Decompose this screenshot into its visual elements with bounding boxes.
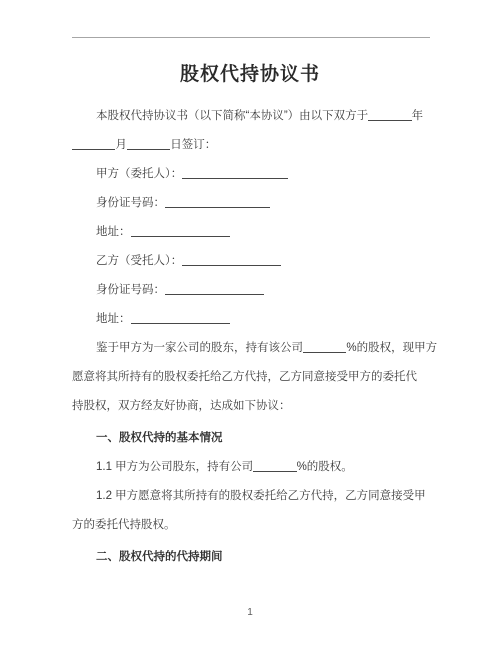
fill-in-blank: [131, 313, 230, 324]
document-title: 股权代持协议书: [0, 61, 500, 89]
fill-in-blank: [127, 139, 170, 150]
paragraph: 身份证号码：: [72, 189, 430, 218]
text-line: 一、股权代持的基本情况: [72, 424, 430, 453]
paragraph: 地址：: [72, 218, 430, 247]
section-heading: 二、股权代持的代持期间: [72, 543, 430, 572]
text-line: 地址：: [72, 218, 430, 247]
paragraph: 身份证号码：: [72, 276, 430, 305]
paragraph: 乙方（受托人）：: [72, 247, 430, 276]
text-line: 月日签订：: [72, 131, 430, 160]
fill-in-blank: [182, 168, 287, 179]
paragraph: 鉴于甲方为一家公司的股东，持有该公司%的股权，现甲方愿意将其所持有的股权委托给乙…: [72, 334, 430, 421]
fill-in-blank: [303, 342, 346, 353]
page-number: 1: [0, 605, 500, 621]
paragraph: 甲方（委托人）：: [72, 160, 430, 189]
text-line: 乙方（受托人）：: [72, 247, 430, 276]
paragraph: 1.2 甲方愿意将其所持有的股权委托给乙方代持，乙方同意接受甲方的委托代持股权。: [72, 482, 430, 540]
text-line: 1.2 甲方愿意将其所持有的股权委托给乙方代持，乙方同意接受甲: [72, 482, 430, 511]
text-line: 1.1 甲方为公司股东，持有公司%的股权。: [72, 453, 430, 482]
fill-in-blank: [165, 197, 270, 208]
text-line: 持股权，双方经友好协商，达成如下协议：: [72, 392, 430, 421]
header-divider: [72, 37, 430, 38]
paragraph: 本股权代持协议书（以下简称“本协议”）由以下双方于年月日签订：: [72, 102, 430, 160]
fill-in-blank: [131, 226, 230, 237]
paragraph: 1.1 甲方为公司股东，持有公司%的股权。: [72, 453, 430, 482]
fill-in-blank: [72, 139, 115, 150]
fill-in-blank: [182, 255, 281, 266]
text-line: 身份证号码：: [72, 189, 430, 218]
text-line: 本股权代持协议书（以下简称“本协议”）由以下双方于年: [72, 102, 430, 131]
text-line: 甲方（委托人）：: [72, 160, 430, 189]
section-heading: 一、股权代持的基本情况: [72, 424, 430, 453]
fill-in-blank: [368, 110, 411, 121]
document-page: 股权代持协议书 本股权代持协议书（以下简称“本协议”）由以下双方于年月日签订：甲…: [0, 0, 500, 647]
fill-in-blank: [253, 461, 296, 472]
text-line: 身份证号码：: [72, 276, 430, 305]
text-line: 鉴于甲方为一家公司的股东，持有该公司%的股权，现甲方: [72, 334, 430, 363]
text-line: 方的委托代持股权。: [72, 511, 430, 540]
paragraph: 地址：: [72, 305, 430, 334]
fill-in-blank: [165, 284, 264, 295]
text-line: 地址：: [72, 305, 430, 334]
text-line: 二、股权代持的代持期间: [72, 543, 430, 572]
document-body: 本股权代持协议书（以下简称“本协议”）由以下双方于年月日签订：甲方（委托人）：身…: [72, 102, 430, 572]
text-line: 愿意将其所持有的股权委托给乙方代持，乙方同意接受甲方的委托代: [72, 363, 430, 392]
